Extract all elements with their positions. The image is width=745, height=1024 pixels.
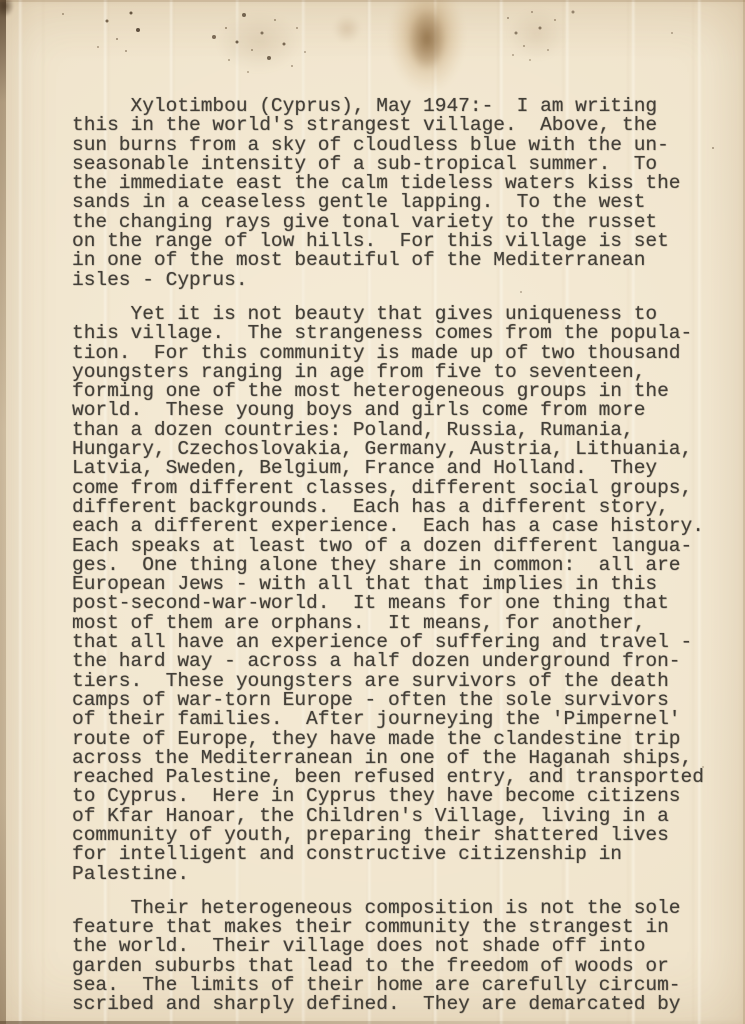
letter-body: Xylotimbou (Cyprus), May 1947:- I am wri… [72, 97, 704, 1024]
stain-haze-center [203, 2, 315, 82]
scanned-page: Xylotimbou (Cyprus), May 1947:- I am wri… [0, 0, 745, 1024]
page-corner-stain [0, 0, 20, 24]
stain-haze-right [498, 0, 576, 68]
letter-paragraph-2: Yet it is not beauty that gives uniquene… [72, 305, 704, 884]
letter-paragraph-1: Xylotimbou (Cyprus), May 1947:- I am wri… [72, 97, 704, 290]
page-edge-shadow-top [0, 0, 745, 2]
smudge-stain [328, 10, 366, 48]
page-edge-shadow-left [0, 0, 6, 1024]
ink-stain-large [386, 0, 468, 100]
letter-paragraph-3: Their heterogeneous composition is not t… [72, 899, 704, 1015]
